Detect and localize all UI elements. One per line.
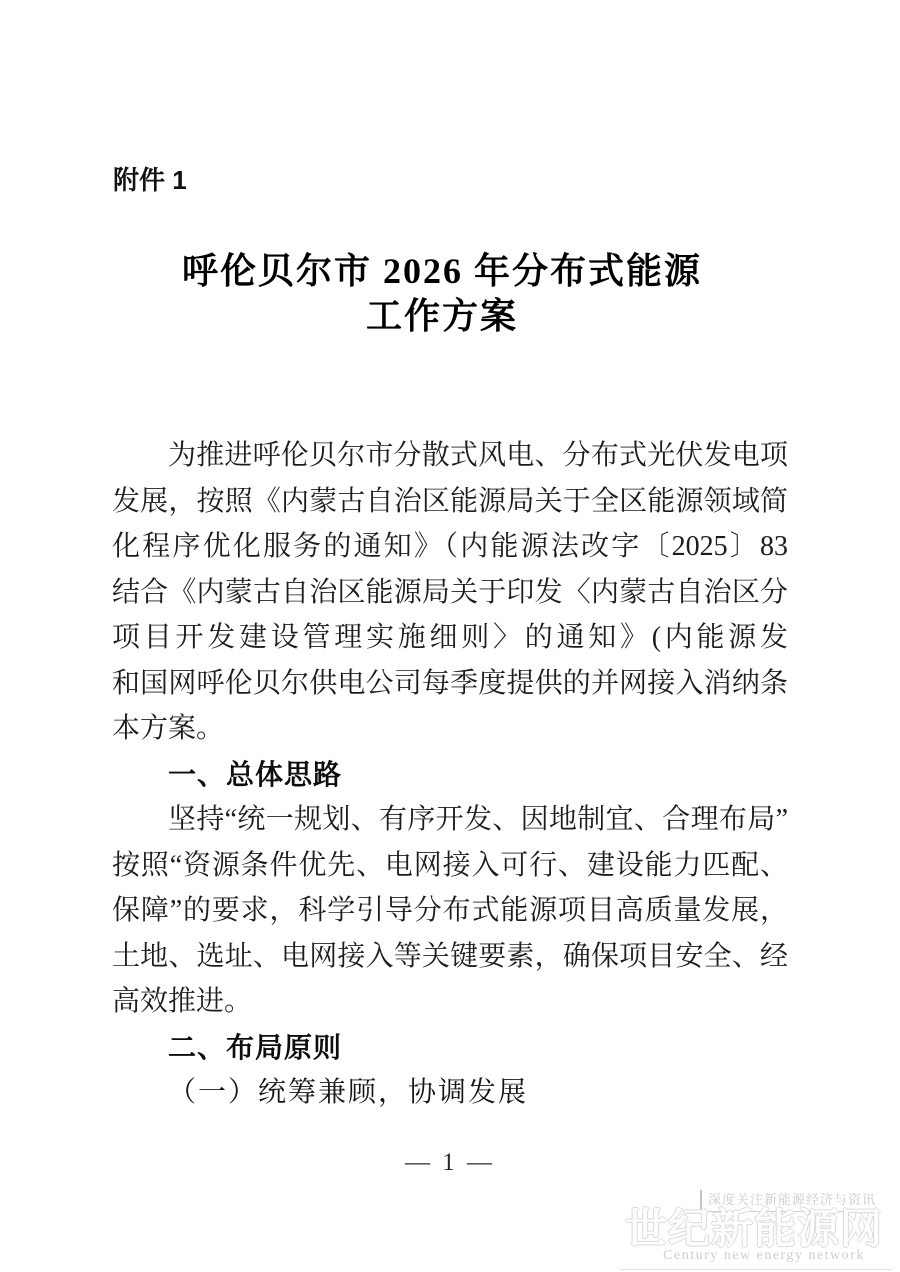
watermark-brand-logo: 世纪新能源网 — [616, 1206, 892, 1252]
document-title: 呼伦贝尔市 2026 年分布式能源 工作方案 — [0, 249, 884, 339]
document-body: 为推进呼伦贝尔市分散式风电、分布式光伏发电项目高质量 发展，按照《内蒙古自治区能… — [112, 433, 788, 1116]
body-line: 结合《内蒙古自治区能源局关于印发〈内蒙古自治区分布式光伏 — [112, 570, 788, 616]
document-title-line2: 工作方案 — [0, 294, 884, 339]
section-heading-1: 一、总体思路 — [112, 752, 788, 798]
body-line: 高效推进。 — [112, 979, 788, 1025]
body-line: 土地、选址、电网接入等关键要素，确保项目安全、经济、环保、 — [112, 934, 788, 980]
body-line: 本方案。 — [112, 706, 788, 752]
body-line: 按照“资源条件优先、电网接入可行、建设能力匹配、消纳能力 — [112, 843, 788, 889]
body-line: 化程序优化服务的通知》（内能源法改字〔2025〕83 号）要求， — [112, 524, 788, 570]
site-watermark: 深度关注新能源经济与资讯 世纪新能源网 Century new energy n… — [616, 1188, 892, 1266]
body-line: 和国网呼伦贝尔供电公司每季度提供的并网接入消纳条件，制定 — [112, 661, 788, 707]
document-title-line1: 呼伦贝尔市 2026 年分布式能源 — [0, 249, 884, 294]
body-line: 为推进呼伦贝尔市分散式风电、分布式光伏发电项目高质量 — [112, 433, 788, 479]
body-line: 保障”的要求，科学引导分布式能源项目高质量发展，统筹解决 — [112, 888, 788, 934]
document-page: 附件 1 呼伦贝尔市 2026 年分布式能源 工作方案 为推进呼伦贝尔市分散式风… — [0, 0, 900, 1272]
page-number: — 1 — — [0, 1148, 900, 1178]
body-line: 坚持“统一规划、有序开发、因地制宜、合理布局”的原则， — [112, 797, 788, 843]
body-line: 发展，按照《内蒙古自治区能源局关于全区能源领域简政放权优 — [112, 479, 788, 525]
watermark-baseline-rule — [620, 1269, 892, 1270]
body-line: 项目开发建设管理实施细则〉的通知》(内能源发〔2025〕5 号) — [112, 615, 788, 661]
subsection-heading-1: （一）统筹兼顾，协调发展 — [112, 1070, 788, 1116]
attachment-label: 附件 1 — [113, 165, 187, 195]
section-heading-2: 二、布局原则 — [112, 1025, 788, 1071]
watermark-brand-english: Century new energy network — [626, 1248, 900, 1264]
